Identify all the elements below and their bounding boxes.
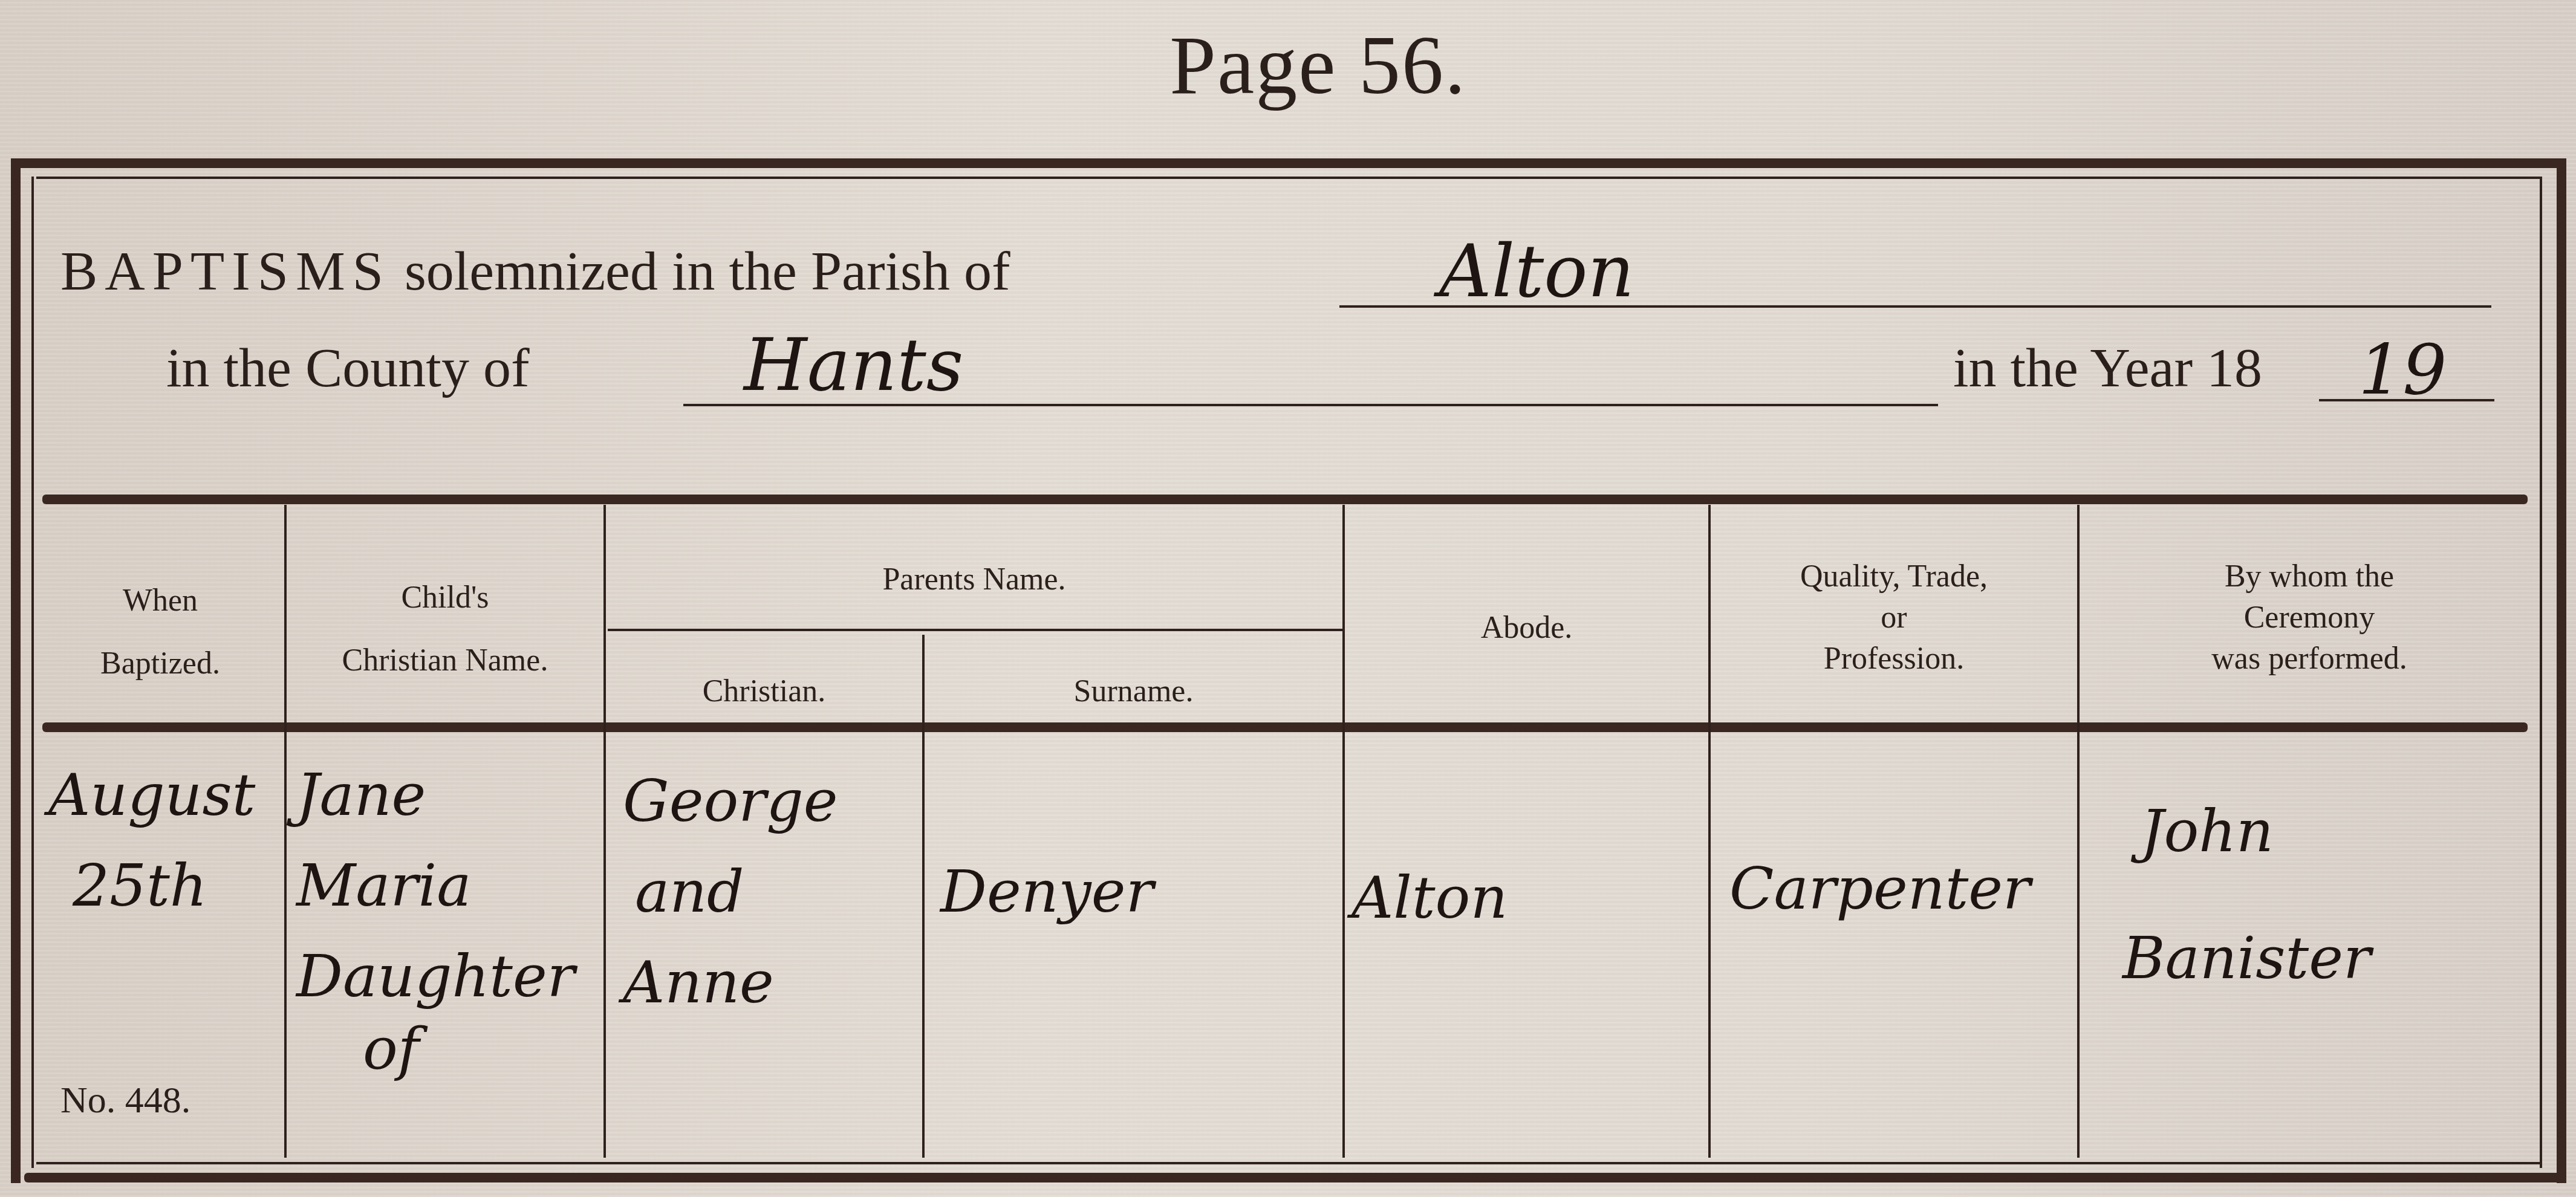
entry-when-month: August	[48, 750, 284, 840]
entry-abode[interactable]: Alton	[1351, 852, 1708, 943]
frame-bottom-thin-rule	[36, 1162, 2540, 1164]
col-header-trade: Quality, Trade, or Profession.	[1711, 556, 2077, 680]
entry-parent-father: George	[623, 756, 919, 846]
entry-when-day: 25th	[48, 840, 284, 931]
col-header-trade-line2: or	[1711, 597, 2077, 638]
frame-top-thick-rule	[12, 158, 2561, 168]
col-header-trade-line1: Quality, Trade,	[1711, 556, 2077, 597]
entry-child-first: Jane	[296, 750, 599, 840]
parents-subheader-rule	[608, 629, 1342, 631]
col-header-when: When Baptized.	[36, 580, 284, 684]
county-label: in the County of	[166, 336, 530, 400]
entry-trade[interactable]: Carpenter	[1729, 843, 2074, 934]
col-header-parents-surname: Surname.	[925, 671, 1342, 712]
register-title: BAPTISMS solemnized in the Parish of	[60, 239, 1010, 303]
frame-left-thick-rule	[11, 158, 21, 1183]
year-label: in the Year 18	[1953, 336, 2262, 400]
col-header-parents-christian: Christian.	[606, 671, 922, 712]
col-header-trade-line3: Profession.	[1711, 638, 2077, 680]
header-bottom-rule	[42, 722, 2528, 732]
col-divider-4	[1342, 505, 1345, 1158]
frame-top-thin-rule	[36, 177, 2540, 179]
title-caps: BAPTISMS	[60, 240, 391, 302]
entry-child-name[interactable]: Jane Maria Daughter of	[296, 750, 599, 1094]
frame-right-thin-rule	[2540, 177, 2542, 1168]
entry-child-middle: Maria	[296, 840, 599, 931]
year-field[interactable]: 19	[2358, 329, 2447, 410]
entry-parent-mother: Anne	[623, 937, 919, 1028]
col-divider-2	[603, 505, 606, 1158]
frame-left-thin-rule	[31, 177, 34, 1168]
entry-number: No. 448.	[60, 1079, 190, 1122]
header-top-rule	[42, 495, 2528, 504]
col-header-officiant-line3: was performed.	[2080, 638, 2539, 680]
title-rest: solemnized in the Parish of	[405, 240, 1010, 302]
entry-child-relation: Daughter	[296, 931, 599, 1022]
col-header-child: Child's Christian Name.	[287, 577, 603, 681]
col-header-parents: Parents Name.	[606, 559, 1342, 600]
col-header-officiant: By whom the Ceremony was performed.	[2080, 556, 2539, 680]
page-number: Page 56.	[0, 17, 2576, 113]
frame-bottom-thick-rule	[24, 1173, 2564, 1182]
entry-officiant[interactable]: John Banister	[2122, 786, 2534, 1004]
entry-officiant-last: Banister	[2122, 913, 2534, 1004]
col-header-when-line1: When	[36, 580, 284, 621]
entry-officiant-first: John	[2122, 786, 2534, 877]
col-header-officiant-line2: Ceremony	[2080, 597, 2539, 638]
col-header-abode: Abode.	[1345, 608, 1708, 649]
entry-when-baptized[interactable]: August 25th	[48, 750, 284, 931]
col-header-child-line1: Child's	[287, 577, 603, 618]
county-field[interactable]: Hants	[744, 323, 963, 407]
entry-parents-surname[interactable]: Denyer	[940, 846, 1339, 937]
frame-right-thick-rule	[2557, 158, 2566, 1183]
col-header-child-line2: Christian Name.	[287, 640, 603, 681]
entry-parent-and: and	[623, 846, 919, 937]
col-header-officiant-line1: By whom the	[2080, 556, 2539, 597]
col-divider-3	[922, 635, 925, 1158]
parish-field[interactable]: Alton	[1439, 230, 1634, 314]
col-header-when-line2: Baptized.	[36, 643, 284, 684]
entry-parents-christian[interactable]: George and Anne	[623, 756, 919, 1028]
